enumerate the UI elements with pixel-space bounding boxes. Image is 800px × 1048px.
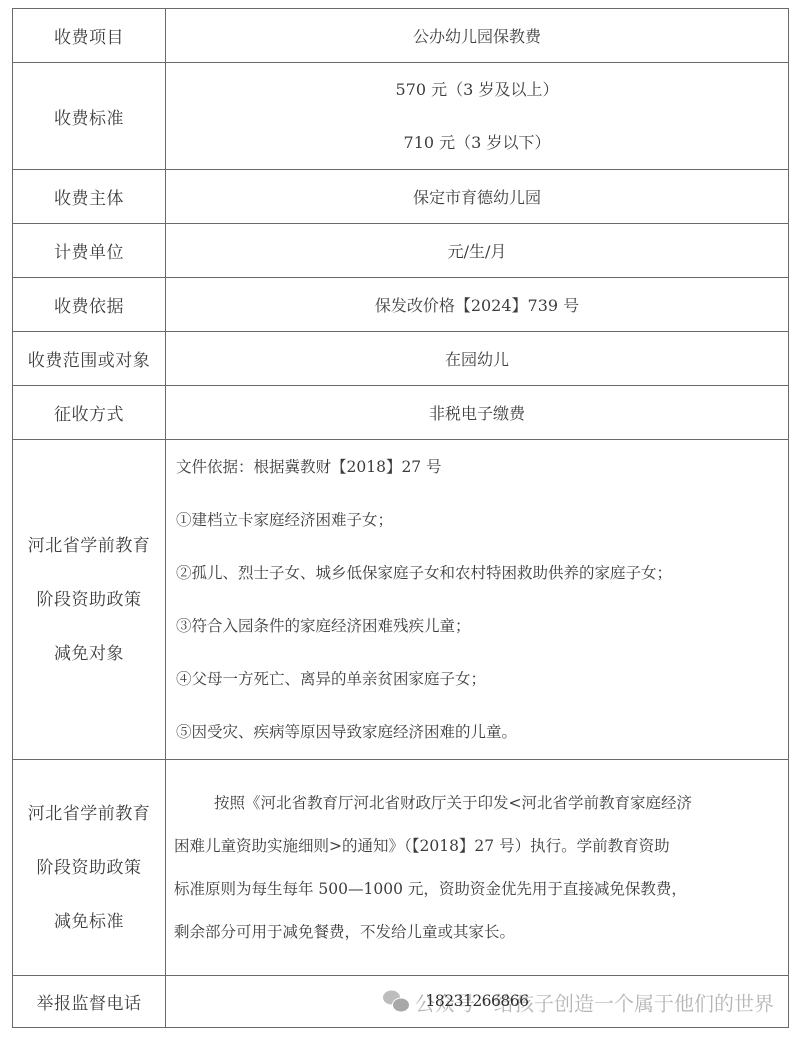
target-item: ①建档立卡家庭经济困难子女； [176,494,788,547]
row-label: 计费单位 [13,224,166,278]
row-value: 在园幼儿 [166,332,789,386]
policy-line: 按照《河北省教育厅河北省财政厅关于印发<河北省学前教育家庭经济 [174,782,780,825]
row-label: 收费范围或对象 [13,332,166,386]
row-label: 河北省学前教育 阶段资助政策 减免对象 [13,440,166,760]
table-row-fee-entity: 收费主体 保定市育德幼儿园 [13,170,789,224]
target-item: ③符合入园条件的家庭经济困难残疾儿童； [176,600,788,653]
row-label: 收费项目 [13,9,166,63]
row-value: 公办幼儿园保教费 [166,9,789,63]
table-row-exemption-targets: 河北省学前教育 阶段资助政策 减免对象 文件依据：根据冀教财【2018】27 号… [13,440,789,760]
row-value: 保发改价格【2024】739 号 [166,278,789,332]
target-item: ⑤因受灾、疾病等原因导致家庭经济困难的儿童。 [176,706,788,759]
row-value: 570 元（3 岁及以上） 710 元（3 岁以下） [166,63,789,170]
target-item: ④父母一方死亡、离异的单亲贫困家庭子女； [176,653,788,706]
table-row-fee-item: 收费项目 公办幼儿园保教费 [13,9,789,63]
row-label: 征收方式 [13,386,166,440]
wechat-icon [383,991,409,1013]
target-item: ②孤儿、烈士子女、城乡低保家庭子女和农村特困救助供养的家庭子女； [176,547,788,600]
report-phone-number: 18231266866 [426,992,529,1010]
row-label: 举报监督电话 [13,976,166,1028]
table-row-exemption-standard: 河北省学前教育 阶段资助政策 减免标准 按照《河北省教育厅河北省财政厅关于印发<… [13,760,789,976]
row-value: 18231266866 公众号 · 给孩子创造一个属于他们的世界 [166,976,789,1028]
row-label: 收费标准 [13,63,166,170]
table-row-fee-scope: 收费范围或对象 在园幼儿 [13,332,789,386]
row-value: 按照《河北省教育厅河北省财政厅关于印发<河北省学前教育家庭经济 困难儿童资助实施… [166,760,789,976]
policy-line: 困难儿童资助实施细则>的通知》（【2018】27 号）执行。学前教育资助 [174,825,780,868]
policy-line: 标准原则为每生每年 500—1000 元，资助资金优先用于直接减免保教费， [174,868,780,911]
table-row-collection-method: 征收方式 非税电子缴费 [13,386,789,440]
row-value: 文件依据：根据冀教财【2018】27 号 ①建档立卡家庭经济困难子女； ②孤儿、… [166,440,789,760]
row-label: 收费主体 [13,170,166,224]
row-label: 收费依据 [13,278,166,332]
table-row-fee-basis: 收费依据 保发改价格【2024】739 号 [13,278,789,332]
row-label: 河北省学前教育 阶段资助政策 减免标准 [13,760,166,976]
standard-line-3-plus: 570 元（3 岁及以上） [166,63,788,116]
table-row-billing-unit: 计费单位 元/生/月 [13,224,789,278]
row-value: 元/生/月 [166,224,789,278]
table-row-report-phone: 举报监督电话 18231266866 公众号 · 给孩子创造一个属于他们的世界 [13,976,789,1028]
row-value: 保定市育德幼儿园 [166,170,789,224]
policy-line: 剩余部分可用于减免餐费，不发给儿童或其家长。 [174,911,780,954]
row-value: 非税电子缴费 [166,386,789,440]
fee-info-table: 收费项目 公办幼儿园保教费 收费标准 570 元（3 岁及以上） 710 元（3… [12,8,789,1028]
document-basis: 文件依据：根据冀教财【2018】27 号 [176,441,788,494]
standard-line-under-3: 710 元（3 岁以下） [166,116,788,169]
table-row-fee-standard: 收费标准 570 元（3 岁及以上） 710 元（3 岁以下） [13,63,789,170]
